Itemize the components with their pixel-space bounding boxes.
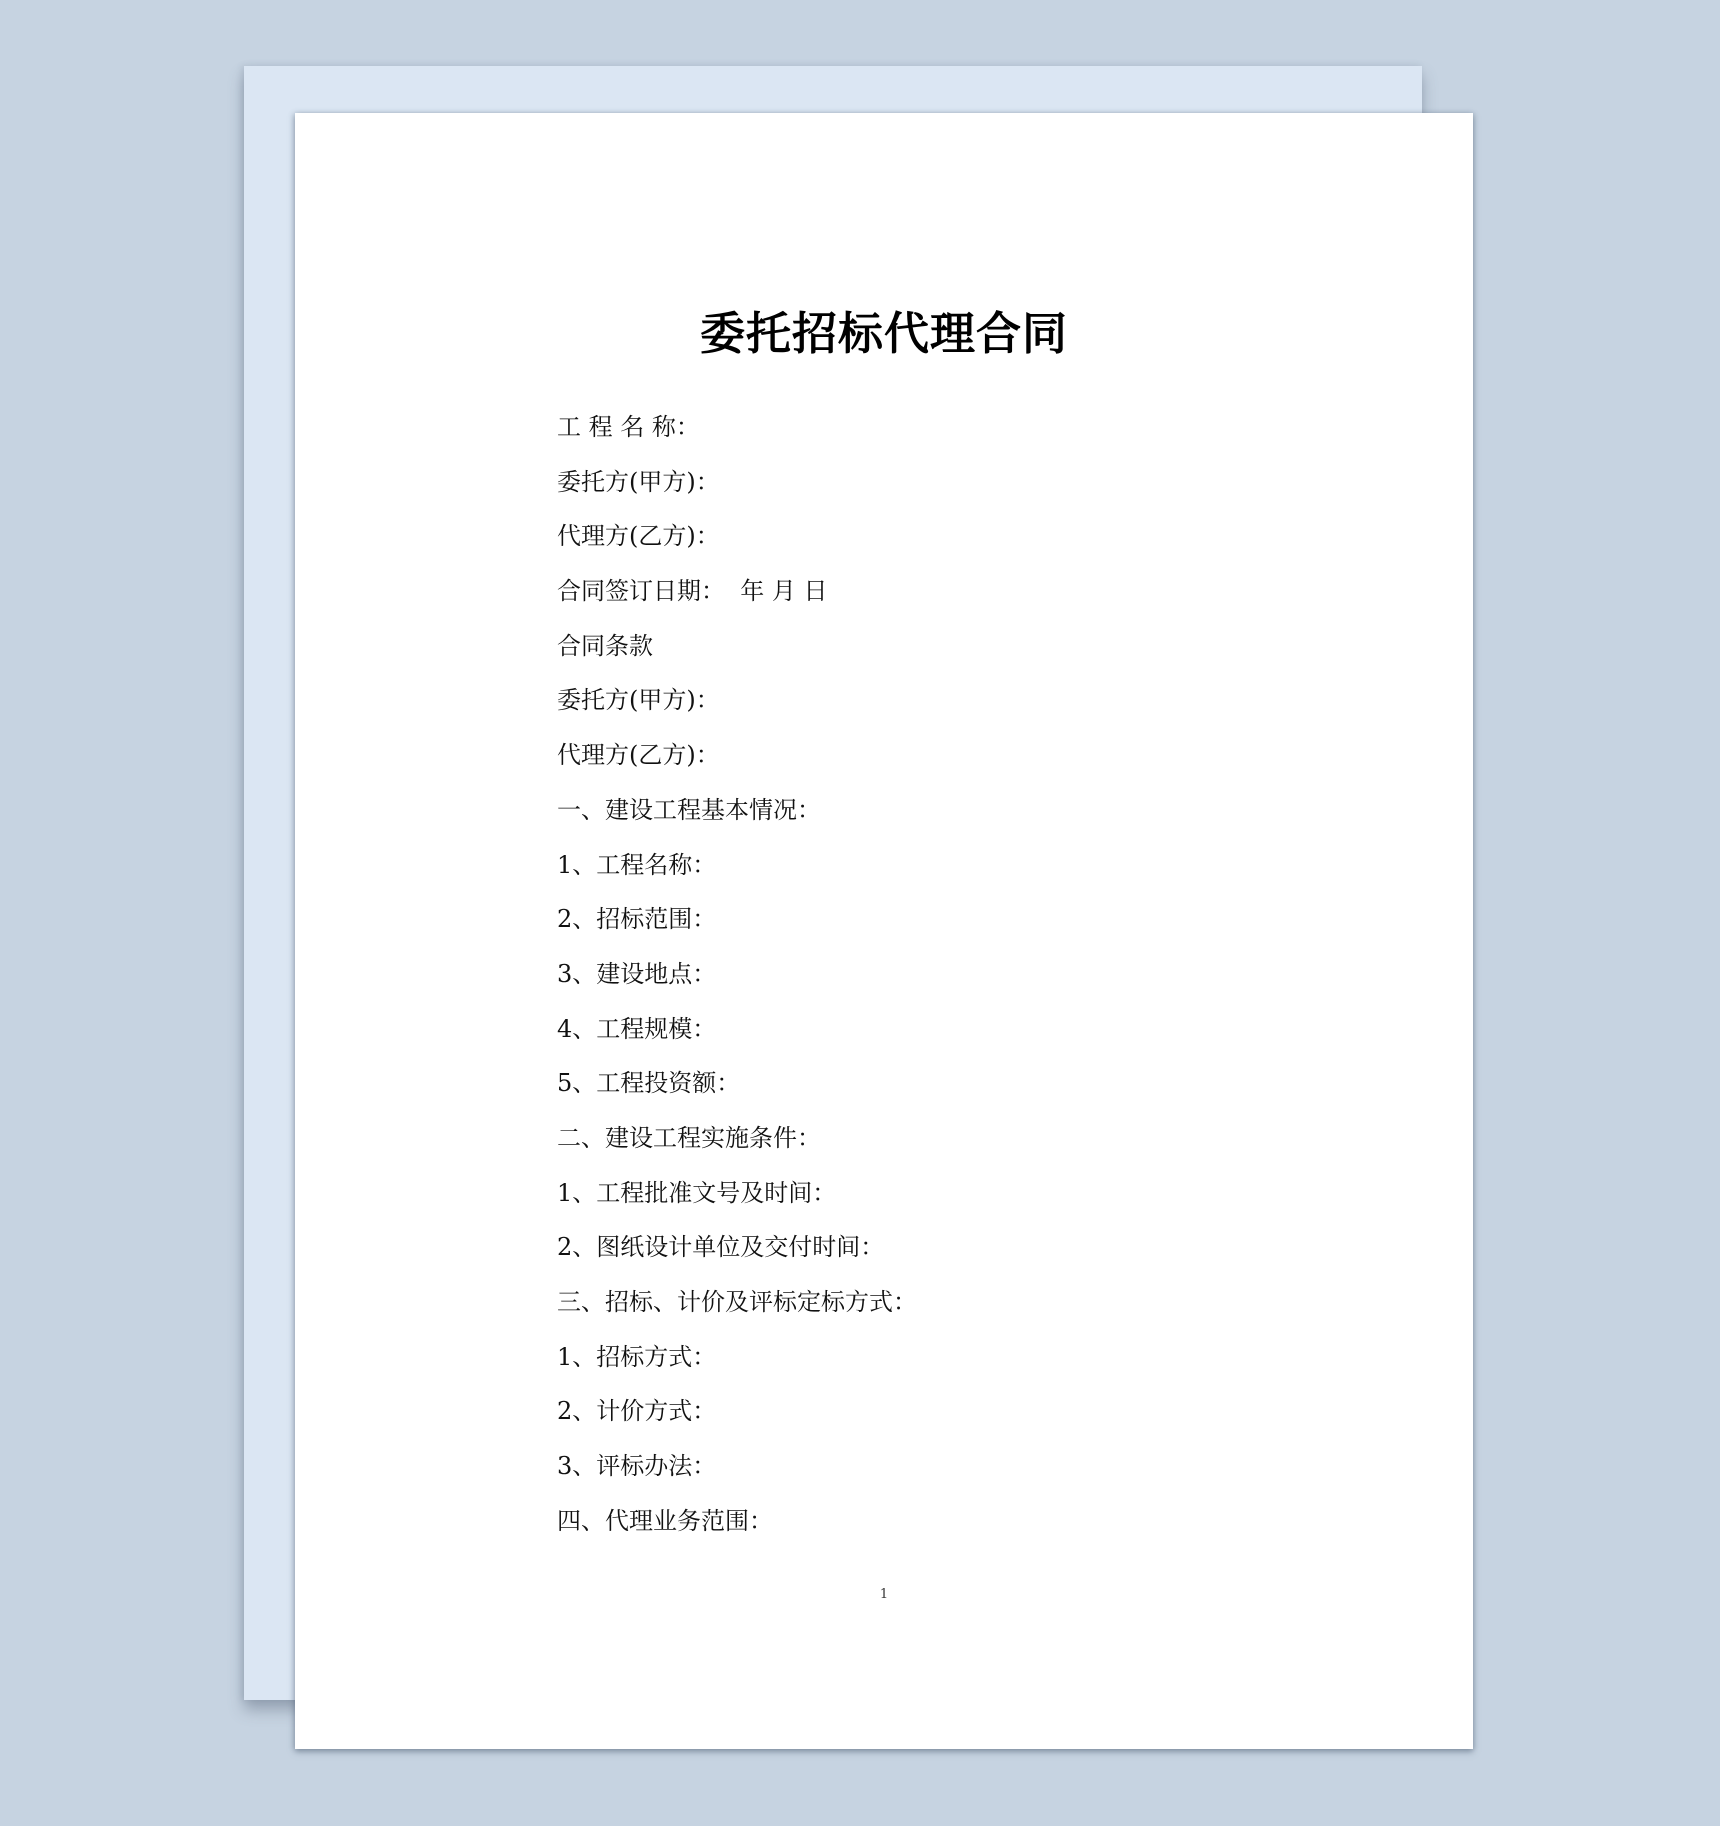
terms-agent-party-b: 代理方(乙方)：: [557, 728, 917, 783]
page-number: 1: [295, 1587, 1473, 1602]
field-client-party-a: 委托方(甲方)：: [557, 455, 917, 510]
section-contract-terms: 合同条款: [557, 619, 917, 674]
section-1-item-4: 4、工程规模：: [557, 1002, 917, 1057]
section-2-item-2: 2、图纸设计单位及交付时间：: [557, 1220, 917, 1275]
section-4-heading: 四、代理业务范围：: [557, 1494, 917, 1549]
field-agent-party-b: 代理方(乙方)：: [557, 509, 917, 564]
section-3-item-3: 3、评标办法：: [557, 1439, 917, 1494]
section-1-item-5: 5、工程投资额：: [557, 1056, 917, 1111]
field-contract-date: 合同签订日期： 年 月 日: [557, 564, 917, 619]
section-1-heading: 一、建设工程基本情况：: [557, 783, 917, 838]
section-2-item-1: 1、工程批准文号及时间：: [557, 1166, 917, 1221]
section-3-item-1: 1、招标方式：: [557, 1330, 917, 1385]
document-body: 工 程 名 称： 委托方(甲方)： 代理方(乙方)： 合同签订日期： 年 月 日…: [557, 400, 917, 1548]
section-2-heading: 二、建设工程实施条件：: [557, 1111, 917, 1166]
section-3-heading: 三、招标、计价及评标定标方式：: [557, 1275, 917, 1330]
document-title: 委托招标代理合同: [295, 306, 1473, 362]
section-3-item-2: 2、计价方式：: [557, 1384, 917, 1439]
field-project-name: 工 程 名 称：: [557, 400, 917, 455]
section-1-item-3: 3、建设地点：: [557, 947, 917, 1002]
section-1-item-2: 2、招标范围：: [557, 892, 917, 947]
terms-client-party-a: 委托方(甲方)：: [557, 673, 917, 728]
section-1-item-1: 1、工程名称：: [557, 838, 917, 893]
document-page: 委托招标代理合同 工 程 名 称： 委托方(甲方)： 代理方(乙方)： 合同签订…: [295, 113, 1473, 1749]
